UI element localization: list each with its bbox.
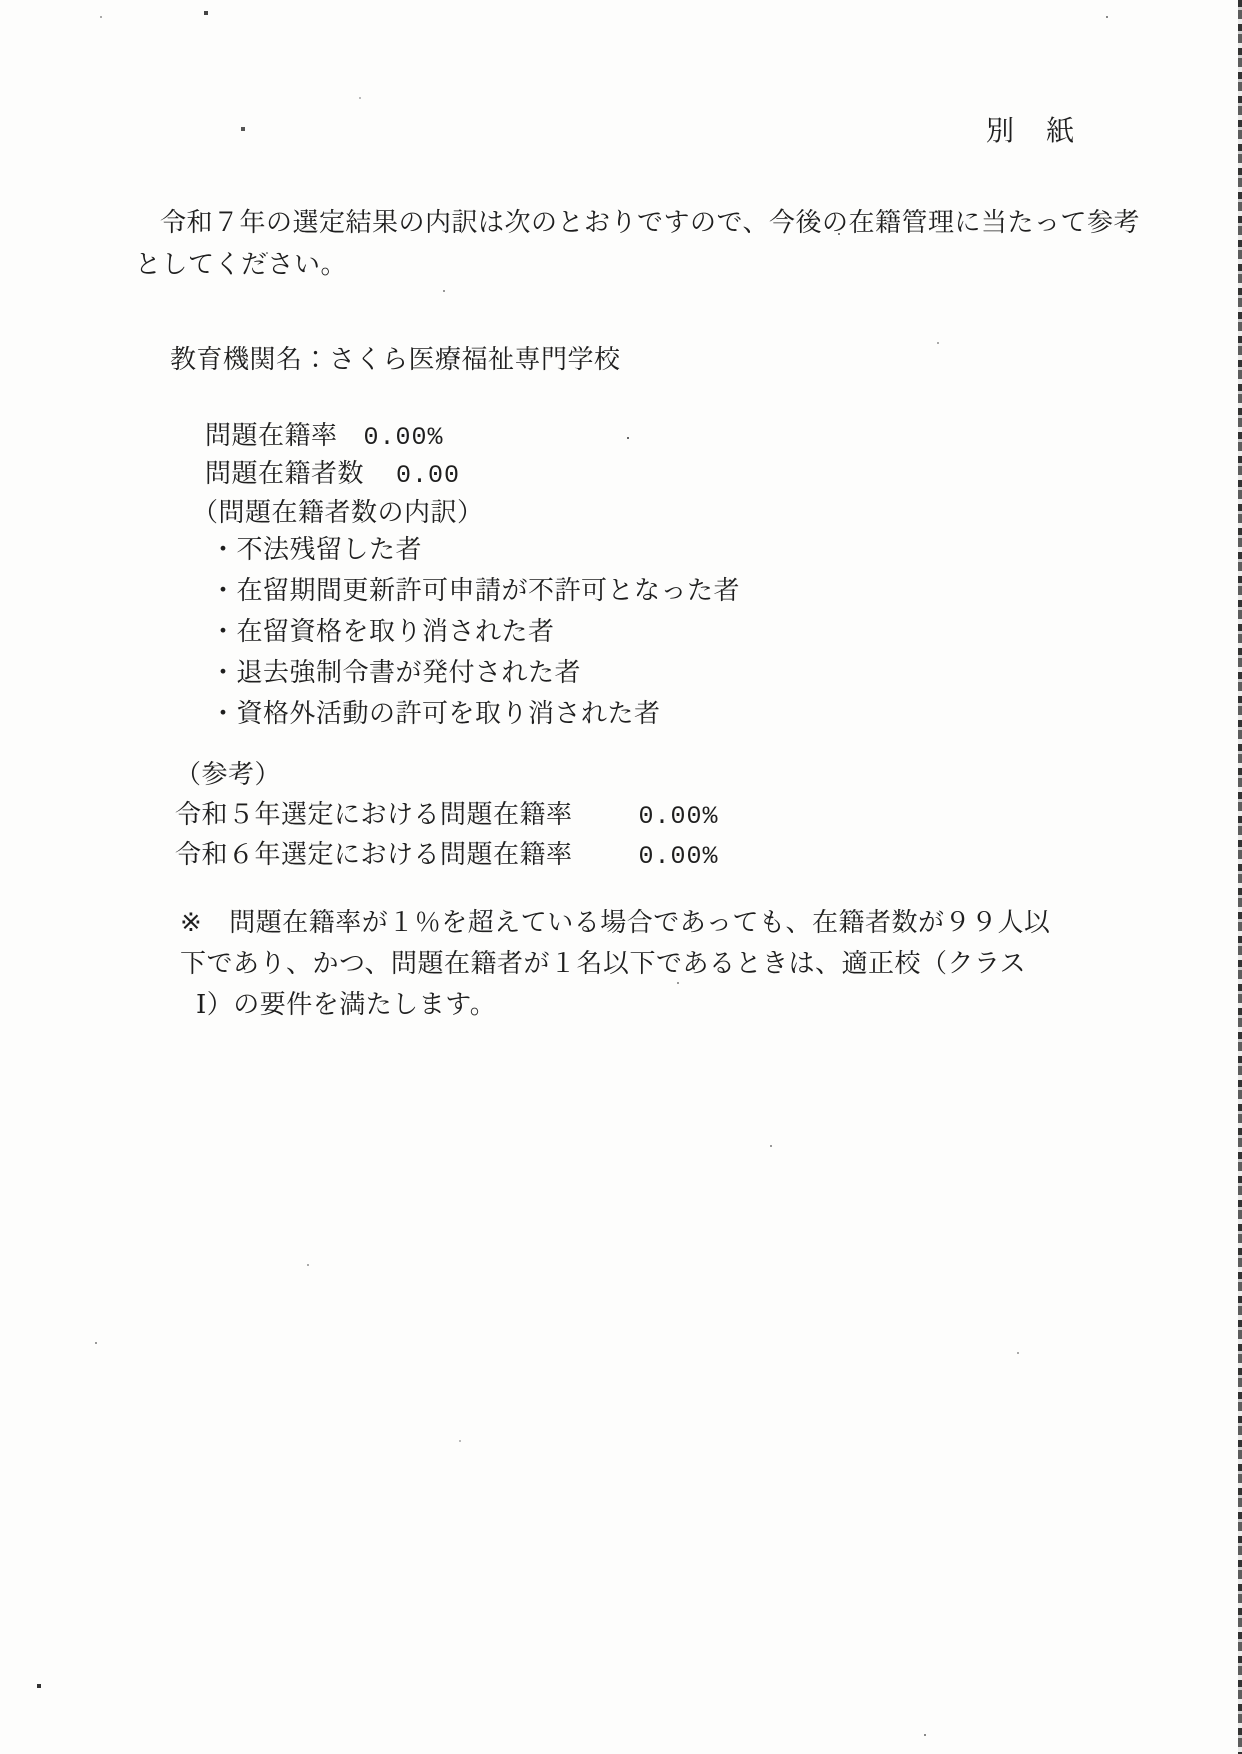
institution-name-line: 教育機関名：さくら医療福祉専門学校 bbox=[170, 343, 621, 377]
note-line-1: ※問題在籍率が１％を超えている場合であっても、在籍者数が９９人以 bbox=[180, 906, 1051, 940]
bullet-marker: ・ bbox=[210, 617, 237, 646]
breakdown-item: ・在留資格を取り消された者 bbox=[210, 615, 555, 649]
reference-label: 令和５年選定における問題在籍率 bbox=[175, 800, 573, 829]
breakdown-item-text: 不法残留した者 bbox=[237, 535, 423, 564]
reference-value: 0.00% bbox=[639, 802, 719, 831]
bullet-marker: ・ bbox=[210, 658, 237, 687]
note-line-3: Ⅰ）の要件を満たします。 bbox=[196, 988, 496, 1022]
breakdown-item-text: 在留期間更新許可申請が不許可となった者 bbox=[237, 576, 741, 605]
problem-count-label: 問題在籍者数 bbox=[205, 459, 364, 488]
scanned-document-page: 別 紙 令和７年の選定結果の内訳は次のとおりですので、今後の在籍管理に当たって参… bbox=[0, 0, 1242, 1754]
intro-paragraph-line-2: としてください。 bbox=[135, 248, 347, 282]
problem-count-value: 0.00 bbox=[396, 461, 460, 490]
reference-row: 令和６年選定における問題在籍率0.00% bbox=[175, 838, 719, 874]
breakdown-item: ・退去強制令書が発付された者 bbox=[210, 656, 581, 690]
breakdown-item: ・在留期間更新許可申請が不許可となった者 bbox=[210, 574, 740, 608]
bullet-marker: ・ bbox=[210, 576, 237, 605]
scan-edge-artifact bbox=[1238, 0, 1242, 1754]
intro-paragraph-line-1: 令和７年の選定結果の内訳は次のとおりですので、今後の在籍管理に当たって参考 bbox=[160, 206, 1140, 240]
problem-rate-row: 問題在籍率0.00% bbox=[205, 419, 444, 455]
note-marker: ※ bbox=[180, 908, 202, 937]
breakdown-item-text: 資格外活動の許可を取り消された者 bbox=[237, 699, 661, 728]
corner-label: 別 紙 bbox=[986, 115, 1076, 149]
problem-rate-label: 問題在籍率 bbox=[205, 421, 338, 450]
note-line-2: 下であり、かつ、問題在籍者が１名以下であるときは、適正校（クラス bbox=[180, 947, 1026, 981]
breakdown-item: ・不法残留した者 bbox=[210, 533, 422, 567]
problem-rate-value: 0.00% bbox=[364, 423, 444, 452]
breakdown-heading: （問題在籍者数の内訳） bbox=[192, 496, 484, 530]
note-text: 問題在籍率が１％を超えている場合であっても、在籍者数が９９人以 bbox=[229, 908, 1050, 937]
reference-value: 0.00% bbox=[639, 842, 719, 871]
bullet-marker: ・ bbox=[210, 535, 237, 564]
reference-label: 令和６年選定における問題在籍率 bbox=[175, 840, 573, 869]
breakdown-item-text: 退去強制令書が発付された者 bbox=[237, 658, 582, 687]
reference-heading: （参考） bbox=[175, 758, 281, 792]
scan-noise bbox=[0, 0, 2, 2]
bullet-marker: ・ bbox=[210, 699, 237, 728]
problem-count-row: 問題在籍者数0.00 bbox=[205, 457, 460, 493]
reference-row: 令和５年選定における問題在籍率0.00% bbox=[175, 798, 719, 834]
breakdown-item-text: 在留資格を取り消された者 bbox=[237, 617, 555, 646]
breakdown-item: ・資格外活動の許可を取り消された者 bbox=[210, 697, 661, 731]
